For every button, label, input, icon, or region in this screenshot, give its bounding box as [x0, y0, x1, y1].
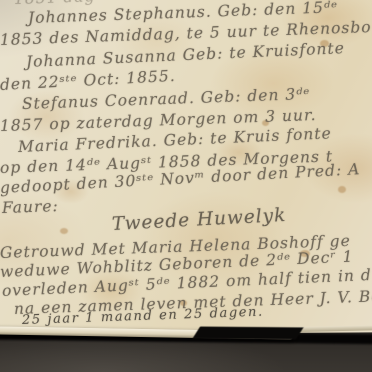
foxing-speck	[60, 228, 68, 234]
photograph-of-register-page: 1851 dag Johannes Stephanus. Geb: den 15…	[0, 0, 372, 372]
foxing-speck	[338, 186, 346, 193]
page-lift-shadow	[192, 327, 303, 340]
handwritten-line-faure: Faure:	[2, 197, 59, 217]
